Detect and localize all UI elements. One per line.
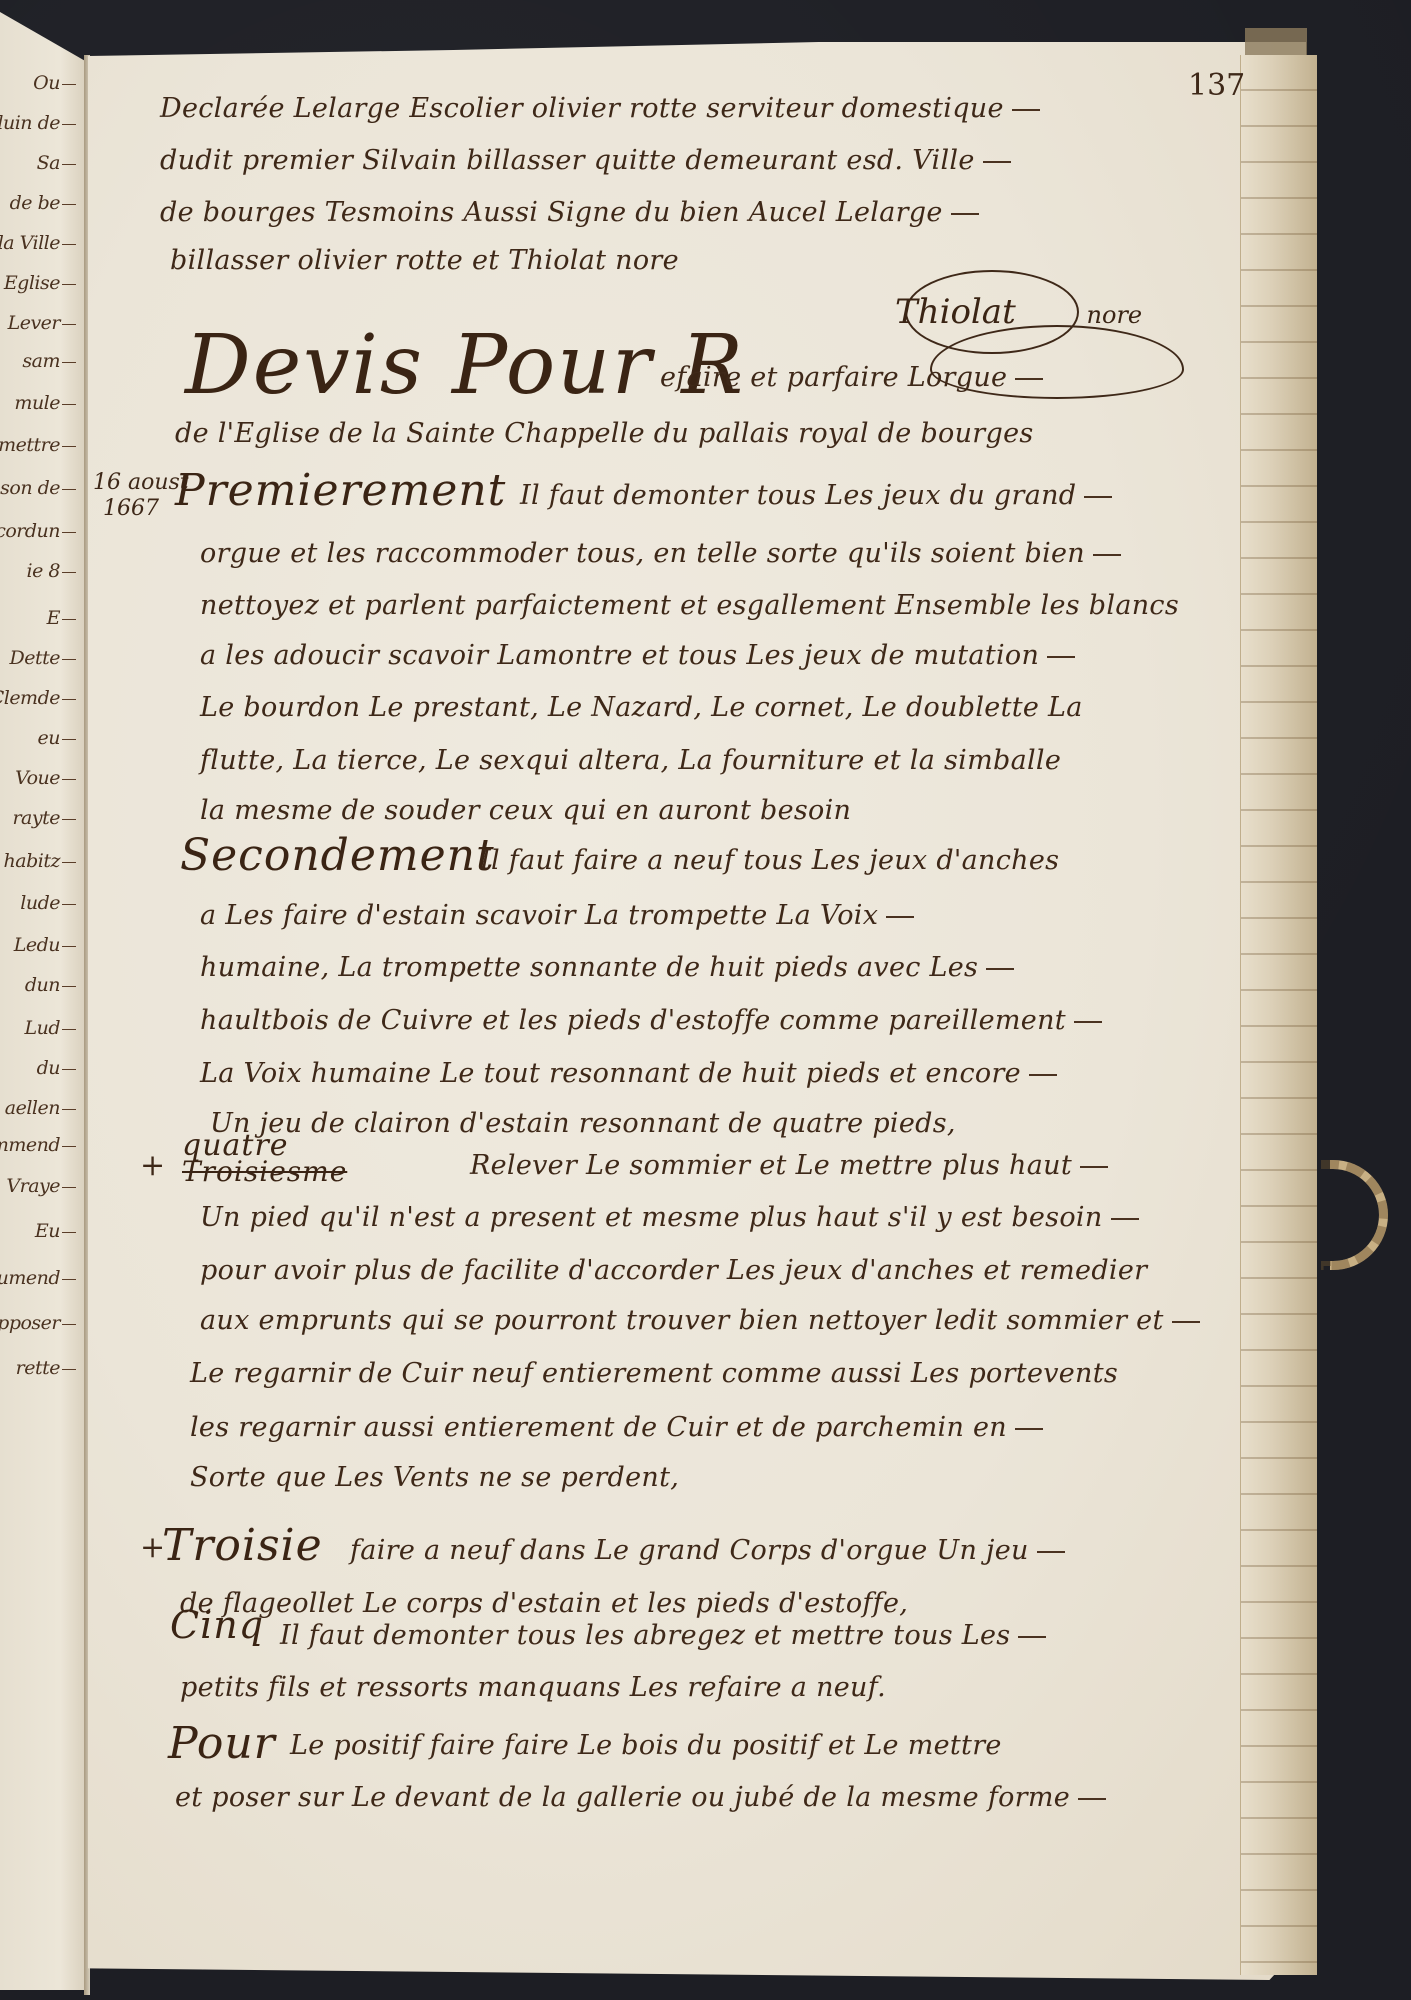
- text-line: de bourges Tesmoins Aussi Signe du bien …: [160, 197, 979, 228]
- text-line: Un pied qu'il n'est a present et mesme p…: [200, 1202, 1139, 1233]
- text-line: Il faut demonter tous Les jeux du grand: [520, 480, 1112, 511]
- margin-fragment: rette: [16, 1357, 76, 1379]
- margin-fragment: Clemde: [0, 687, 76, 709]
- margin-fragment: luin de: [0, 112, 76, 134]
- margin-fragment: ie 8: [27, 560, 76, 582]
- margin-fragment: aellen: [5, 1097, 76, 1119]
- text-line: faire a neuf dans Le grand Corps d'orgue…: [350, 1535, 1065, 1566]
- margin-fragment: sam: [22, 350, 76, 372]
- margin-fragment: cordun: [0, 520, 76, 542]
- section-head-positif: Pour: [168, 1718, 276, 1769]
- margin-fragment: la Ville: [0, 232, 76, 254]
- text-line: flutte, La tierce, Le sexqui altera, La …: [200, 745, 1061, 776]
- margin-fragment: lude: [20, 892, 76, 914]
- text-line: a les adoucir scavoir Lamontre et tous L…: [200, 640, 1075, 671]
- text-line: dudit premier Silvain billasser quitte d…: [160, 145, 1011, 176]
- text-line: Le positif faire faire Le bois du positi…: [290, 1730, 1002, 1761]
- text-line: Declarée Lelarge Escolier olivier rotte …: [160, 93, 1040, 124]
- margin-fragment: du: [37, 1057, 76, 1079]
- text-line: Il faut demonter tous les abregez et met…: [280, 1620, 1046, 1651]
- text-line: Un jeu de clairon d'estain resonnant de …: [210, 1108, 956, 1139]
- margin-fragment: mmend: [0, 1134, 76, 1156]
- section-head-premierement: Premierement: [175, 465, 506, 516]
- text-line: La Voix humaine Le tout resonnant de hui…: [200, 1058, 1057, 1089]
- text-line: nettoyez et parlent parfaictement et esg…: [200, 590, 1179, 621]
- text-line: aux emprunts qui se pourront trouver bie…: [200, 1305, 1200, 1336]
- text-line: de flageollet Le corps d'estain et les p…: [180, 1588, 908, 1619]
- facing-page-edge: Ou luin de Sa de be la Ville Eglise Leve…: [0, 12, 87, 1990]
- text-line: a Les faire d'estain scavoir La trompett…: [200, 900, 914, 931]
- binding-tab: [1245, 28, 1307, 58]
- margin-fragment: Sa: [37, 152, 76, 174]
- margin-fragment: Ou: [33, 72, 76, 94]
- margin-fragment: Lud: [24, 1017, 76, 1039]
- margin-fragment: E: [47, 607, 76, 629]
- text-line: humaine, La trompette sonnante de huit p…: [200, 952, 1014, 983]
- text-line: Il faut faire a neuf tous Les jeux d'anc…: [480, 845, 1059, 876]
- margin-fragment: de be: [10, 192, 76, 214]
- margin-fragment: Eu: [35, 1220, 76, 1242]
- margin-fragment: pour mettre: [0, 434, 76, 456]
- text-line: Sorte que Les Vents ne se perdent,: [190, 1462, 679, 1493]
- margin-fragment: mule: [14, 392, 76, 414]
- page-fore-edge: [1240, 55, 1317, 1975]
- margin-fragment: Dette: [10, 647, 77, 669]
- text-line: la mesme de souder ceux qui en auront be…: [200, 795, 851, 826]
- text-line: haultbois de Cuivre et les pieds d'estof…: [200, 1005, 1102, 1036]
- margin-fragment: Lever: [8, 312, 76, 334]
- margin-fragment: dun: [25, 974, 76, 996]
- text-line: Le regarnir de Cuir neuf entierement com…: [190, 1358, 1118, 1389]
- margin-fragment: eu: [38, 727, 76, 749]
- margin-fragment: Ledu: [14, 934, 76, 956]
- margin-fragment: Eglise: [4, 272, 76, 294]
- margin-fragment: Vraye: [6, 1175, 76, 1197]
- text-line: pour avoir plus de facilite d'accorder L…: [200, 1255, 1147, 1286]
- section-head-troisiesme: Troisie: [162, 1520, 323, 1571]
- section-head-struck: Troisiesme: [182, 1155, 347, 1188]
- title-continuation: efaire et parfaire Lorgue: [660, 362, 1043, 393]
- text-line: billasser olivier rotte et Thiolat nore: [170, 245, 679, 276]
- margin-fragment: apposer: [0, 1312, 76, 1334]
- margin-fragment: eumend: [0, 1267, 76, 1289]
- page-number: 137: [1188, 68, 1245, 103]
- margin-fragment: raison de: [0, 477, 76, 499]
- margin-plus-mark: +: [140, 1148, 165, 1183]
- section-head-cinquiesme: Cinq: [170, 1603, 264, 1647]
- margin-fragment: rayte: [12, 807, 76, 829]
- margin-date-year: 1667: [103, 496, 159, 521]
- margin-fragment: habitz: [4, 850, 76, 872]
- text-line: les regarnir aussi entierement de Cuir e…: [190, 1412, 1043, 1443]
- margin-fragment: Voue: [15, 767, 76, 789]
- text-line: orgue et les raccommoder tous, en telle …: [200, 538, 1121, 569]
- title-line-2: de l'Eglise de la Sainte Chappelle du pa…: [175, 418, 1034, 449]
- section-head-secondement: Secondement: [180, 830, 495, 881]
- facing-page-margin-text: Ou luin de Sa de be la Ville Eglise Leve…: [0, 72, 80, 1372]
- text-line: petits fils et ressorts manquans Les ref…: [180, 1672, 886, 1703]
- text-line: Relever Le sommier et Le mettre plus hau…: [470, 1150, 1108, 1181]
- text-line: Le bourdon Le prestant, Le Nazard, Le co…: [200, 692, 1083, 723]
- signature: Thiolat nore: [895, 292, 1142, 332]
- text-line: et poser sur Le devant de la gallerie ou…: [175, 1782, 1106, 1813]
